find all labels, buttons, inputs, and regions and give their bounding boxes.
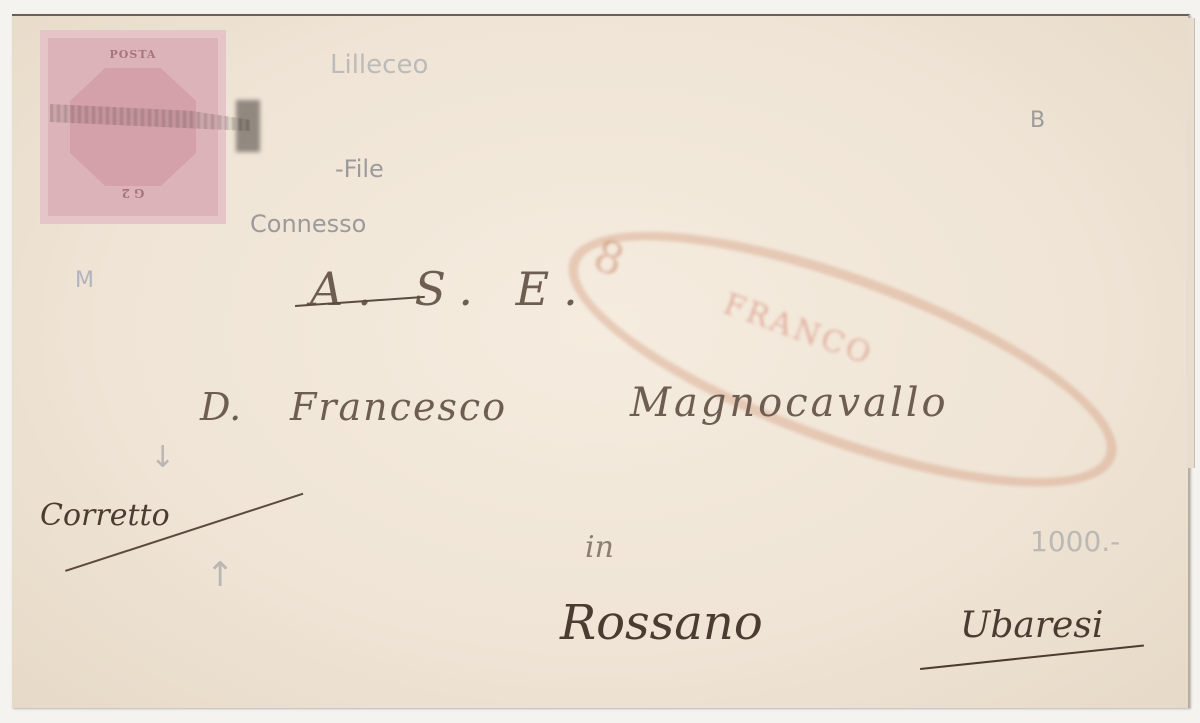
stamp-top-label: POSTA bbox=[40, 48, 226, 61]
address-preposition: in bbox=[585, 530, 614, 565]
stamp-value-label: G 2 bbox=[40, 186, 226, 200]
postmark-number: 8 bbox=[587, 230, 631, 288]
postmark-text: FRANCO bbox=[719, 287, 878, 374]
pencil-note-file: -File bbox=[335, 155, 384, 183]
address-first-name: Francesco bbox=[290, 385, 507, 429]
cover-flap-edge bbox=[1186, 18, 1195, 468]
pencil-arrow-down-icon: ↓ bbox=[150, 440, 175, 475]
address-surname: Magnocavallo bbox=[630, 380, 949, 426]
address-name-prefix: D. bbox=[200, 385, 241, 429]
pencil-note-top: Lilleceo bbox=[330, 50, 428, 80]
pencil-note-connesso: Connesso bbox=[250, 210, 366, 238]
pencil-note-price: 1000.- bbox=[1030, 525, 1120, 558]
pencil-note-side-mark: M bbox=[75, 268, 94, 293]
cancellation-fragment bbox=[236, 100, 260, 152]
ink-note-corretto: Corretto bbox=[40, 498, 170, 533]
address-town: Rossano bbox=[560, 595, 763, 651]
pencil-arrow-up-icon: ↑ bbox=[206, 555, 235, 595]
address-salutation: A. S. E. bbox=[310, 262, 592, 316]
address-region: Ubaresi bbox=[960, 605, 1103, 646]
pencil-note-corner: B bbox=[1030, 108, 1045, 133]
